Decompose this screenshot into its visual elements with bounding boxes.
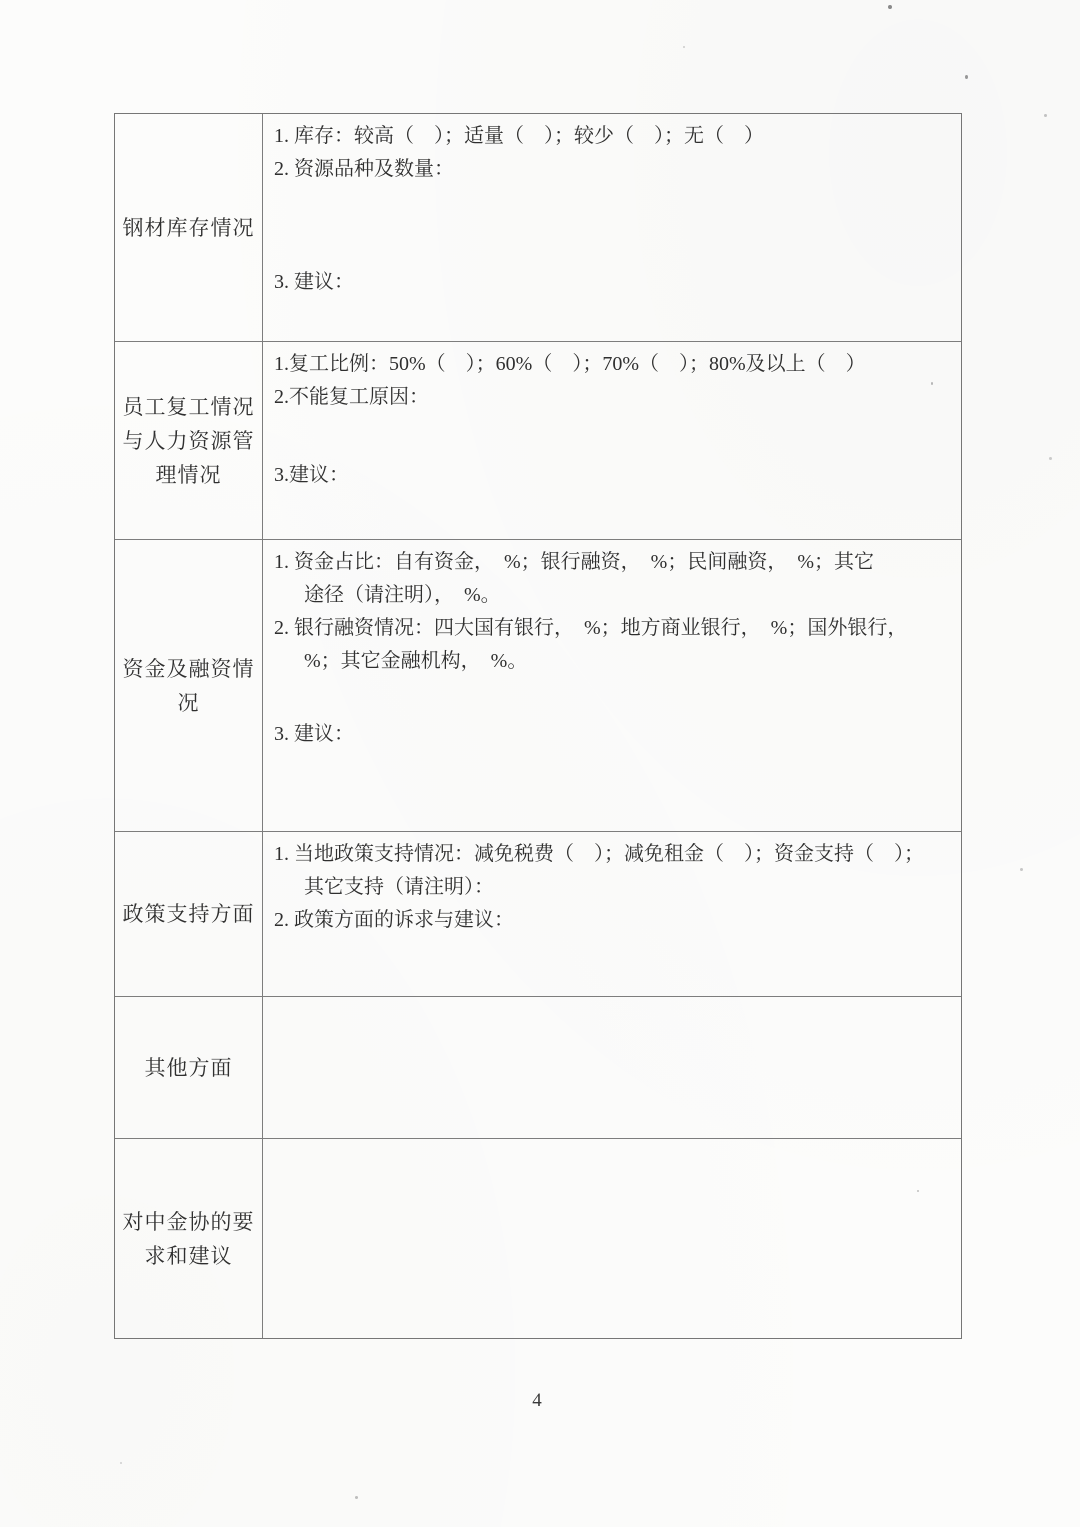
row-label-return-to-work: 员工复工情况 与人力资源管 理情况 [115, 342, 263, 539]
bank-financing-line-1: 2. 银行融资情况：四大国有银行， %；地方商业银行， %；国外银行， [274, 612, 955, 645]
suggestion-line: 3. 建议： [274, 266, 955, 299]
scan-speck [1049, 457, 1052, 460]
row-label-association-requests: 对中金协的要 求和建议 [115, 1139, 263, 1338]
scan-speck [683, 46, 685, 48]
table-row-other-aspects: 其他方面 [115, 996, 961, 1138]
page-number: 4 [0, 1390, 1074, 1412]
scan-speck [120, 1462, 122, 1464]
inventory-level-options-line: 1. 库存：较高（ ）；适量（ ）；较少（ ）；无（ ） [274, 120, 955, 153]
row-label-line: 与人力资源管 [123, 424, 255, 458]
row-content-return-to-work: 1.复工比例：50%（ ）；60%（ ）；70%（ ）；80%及以上（ ） 2.… [263, 342, 961, 539]
suggestion-line: 3. 建议： [274, 718, 955, 751]
policy-support-options-line-2: 其它支持（请注明）： [304, 871, 955, 904]
row-label-line: 况 [178, 686, 200, 720]
row-content-policy-support: 1. 当地政策支持情况：减免税费（ ）；减免租金（ ）；资金支持（ ）； 其它支… [263, 832, 961, 996]
resource-variety-quantity-line: 2. 资源品种及数量： [274, 153, 955, 186]
return-ratio-options-line: 1.复工比例：50%（ ）；60%（ ）；70%（ ）；80%及以上（ ） [274, 348, 955, 381]
row-label-line: 求和建议 [145, 1239, 233, 1273]
row-label-line: 员工复工情况 [123, 390, 255, 424]
capital-ratio-line-1: 1. 资金占比：自有资金， %；银行融资， %；民间融资， %；其它 [274, 546, 955, 579]
policy-appeal-line: 2. 政策方面的诉求与建议： [274, 904, 955, 937]
suggestion-line: 3.建议： [274, 459, 955, 492]
table-row-policy-support: 政策支持方面 1. 当地政策支持情况：减免税费（ ）；减免租金（ ）；资金支持（… [115, 831, 961, 996]
row-label-other-aspects: 其他方面 [115, 997, 263, 1138]
cannot-return-reason-line: 2.不能复工原因： [274, 381, 955, 414]
row-content-other-aspects [263, 997, 961, 1138]
row-content-steel-inventory: 1. 库存：较高（ ）；适量（ ）；较少（ ）；无（ ） 2. 资源品种及数量：… [263, 114, 961, 341]
survey-form-table: 钢材库存情况 1. 库存：较高（ ）；适量（ ）；较少（ ）；无（ ） 2. 资… [114, 113, 962, 1339]
row-label-line: 政策支持方面 [123, 897, 255, 931]
row-label-policy-support: 政策支持方面 [115, 832, 263, 996]
scan-speck [1020, 868, 1023, 871]
table-row-steel-inventory: 钢材库存情况 1. 库存：较高（ ）；适量（ ）；较少（ ）；无（ ） 2. 资… [115, 114, 961, 341]
row-label-line: 对中金协的要 [123, 1205, 255, 1239]
bank-financing-line-2: %；其它金融机构， %。 [304, 645, 955, 678]
scan-speck [888, 5, 892, 9]
capital-ratio-line-2: 途径（请注明）， %。 [304, 579, 955, 612]
table-row-association-requests: 对中金协的要 求和建议 [115, 1138, 961, 1338]
row-label-line: 理情况 [156, 458, 222, 492]
scan-speck [355, 1496, 358, 1499]
row-content-association-requests [263, 1139, 961, 1338]
scan-speck [965, 75, 968, 79]
policy-support-options-line-1: 1. 当地政策支持情况：减免税费（ ）；减免租金（ ）；资金支持（ ）； [274, 838, 955, 871]
row-content-funding: 1. 资金占比：自有资金， %；银行融资， %；民间融资， %；其它 途径（请注… [263, 540, 961, 831]
table-row-return-to-work: 员工复工情况 与人力资源管 理情况 1.复工比例：50%（ ）；60%（ ）；7… [115, 341, 961, 539]
scan-speck [1044, 114, 1047, 117]
row-label-steel-inventory: 钢材库存情况 [115, 114, 263, 341]
row-label-line: 资金及融资情 [123, 652, 255, 686]
row-label-funding: 资金及融资情 况 [115, 540, 263, 831]
row-label-line: 其他方面 [145, 1051, 233, 1085]
row-label-line: 钢材库存情况 [123, 211, 255, 245]
table-row-funding: 资金及融资情 况 1. 资金占比：自有资金， %；银行融资， %；民间融资， %… [115, 539, 961, 831]
